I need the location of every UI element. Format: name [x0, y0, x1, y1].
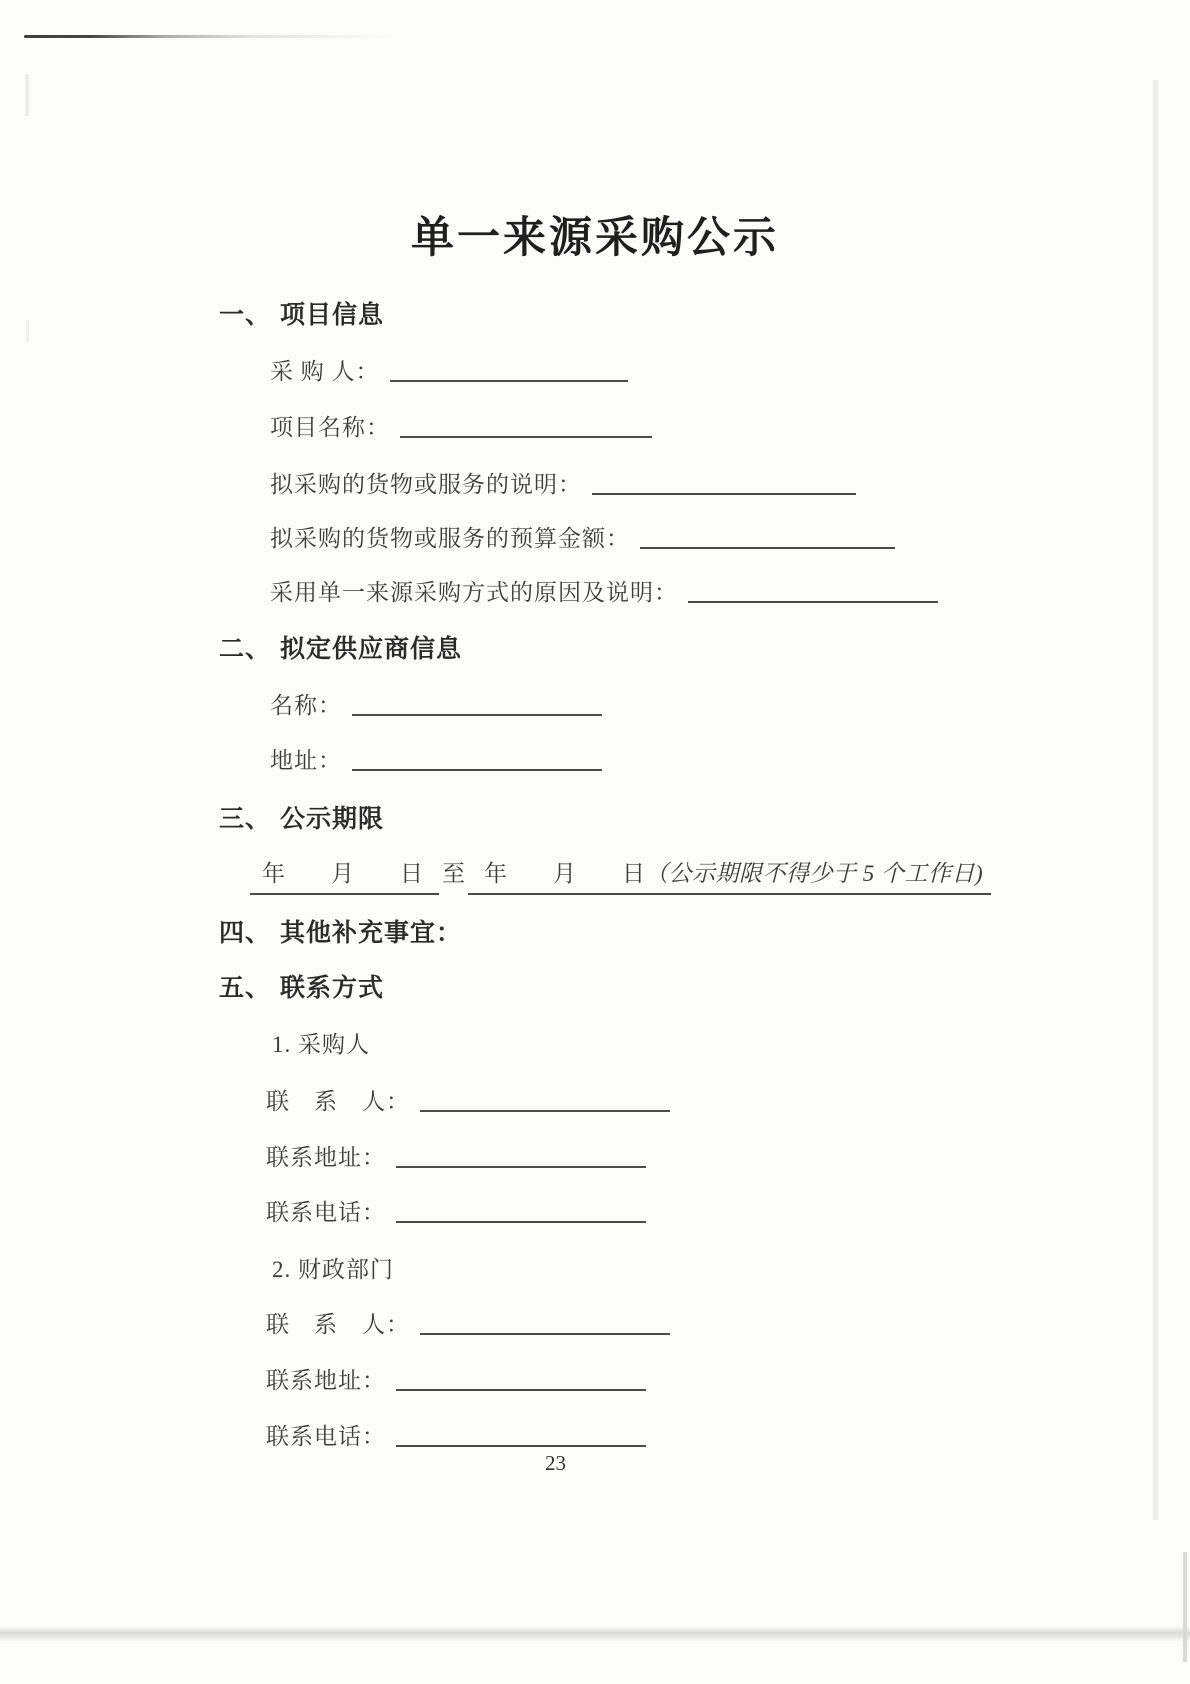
- section-number: 一、: [219, 301, 271, 329]
- field-label: 地址：: [270, 748, 342, 773]
- period-conjunction: 至: [442, 860, 465, 893]
- field-supplier-name: 名称：: [270, 691, 602, 721]
- field-contact-phone-1: 联系电话：: [266, 1198, 646, 1228]
- scan-artifact-left-smudge: [26, 320, 29, 342]
- field-label: 联系地址：: [266, 1368, 386, 1393]
- field-contact-person-1: 联 系 人：: [266, 1087, 670, 1117]
- contact-group-2-title: 2. 财政部门: [272, 1256, 394, 1285]
- field-label: 联系地址：: [266, 1145, 386, 1170]
- scan-artifact-top-line: [24, 35, 394, 38]
- page-edge-corner-shadow: [1183, 1552, 1187, 1662]
- blank-line: [396, 1146, 646, 1168]
- field-project-name: 项目名称：: [270, 413, 652, 443]
- field-contact-address-1: 联系地址：: [266, 1143, 646, 1173]
- field-label: 联系电话：: [266, 1200, 386, 1225]
- contact-group-1-title: 1. 采购人: [272, 1031, 370, 1060]
- field-single-source-reason: 采用单一来源采购方式的原因及说明：: [270, 578, 938, 608]
- section-title: 公示期限: [280, 805, 384, 833]
- field-label: 采用单一来源采购方式的原因及说明：: [270, 580, 678, 605]
- blank-line: [396, 1201, 646, 1223]
- document-title: 单一来源采购公示: [0, 212, 1190, 266]
- blank-line: [396, 1369, 646, 1391]
- period-end-blank: 年 月 日（公示期限不得少于 5 个工作日): [468, 860, 991, 895]
- section-heading-1: 一、项目信息: [219, 300, 384, 331]
- section-number: 二、: [219, 635, 271, 663]
- field-contact-person-2: 联 系 人：: [266, 1310, 670, 1340]
- blank-line: [420, 1090, 670, 1112]
- field-label: 采 购 人：: [270, 359, 380, 384]
- field-supplier-address: 地址：: [270, 746, 602, 776]
- field-label: 联 系 人：: [266, 1089, 410, 1114]
- section-title: 拟定供应商信息: [280, 635, 462, 663]
- field-contact-address-2: 联系地址：: [266, 1366, 646, 1396]
- section-heading-5: 五、联系方式: [219, 973, 384, 1004]
- section-title: 联系方式: [280, 974, 384, 1002]
- period-start-blank: 年 月 日: [250, 860, 439, 895]
- blank-line: [396, 1425, 646, 1447]
- page-number: 23: [545, 1450, 566, 1476]
- blank-line: [640, 527, 895, 549]
- field-contact-phone-2: 联系电话：: [266, 1422, 646, 1452]
- blank-line: [400, 416, 652, 438]
- field-label: 项目名称：: [270, 415, 390, 440]
- section-number: 三、: [219, 805, 271, 833]
- blank-line: [390, 360, 628, 382]
- field-goods-description: 拟采购的货物或服务的说明：: [270, 470, 856, 500]
- section-number: 五、: [219, 974, 271, 1002]
- field-label: 拟采购的货物或服务的说明：: [270, 472, 582, 497]
- page-edge-bottom-shadow: [0, 1626, 1190, 1641]
- section-title: 项目信息: [280, 301, 384, 329]
- field-label: 联 系 人：: [266, 1312, 410, 1337]
- blank-line: [352, 694, 602, 716]
- publicity-period-line: 年 月 日至年 月 日（公示期限不得少于 5 个工作日): [250, 860, 991, 895]
- blank-line: [592, 473, 856, 495]
- blank-line: [688, 581, 938, 603]
- section-heading-3: 三、公示期限: [219, 804, 384, 835]
- section-heading-2: 二、拟定供应商信息: [219, 634, 462, 665]
- scan-artifact-left-smudge: [25, 74, 29, 116]
- section-heading-4: 四、其他补充事宜：: [219, 918, 462, 949]
- field-purchaser: 采 购 人：: [270, 357, 628, 387]
- section-title: 其他补充事宜：: [280, 919, 462, 947]
- scanned-document-page: 单一来源采购公示 一、项目信息 采 购 人： 项目名称： 拟采购的货物或服务的说…: [0, 0, 1190, 1684]
- blank-line: [352, 749, 602, 771]
- field-label: 名称：: [270, 693, 342, 718]
- blank-line: [420, 1313, 670, 1335]
- period-note: （公示期限不得少于 5 个工作日): [645, 861, 983, 886]
- section-number: 四、: [219, 919, 271, 947]
- field-label: 拟采购的货物或服务的预算金额：: [270, 526, 630, 551]
- field-label: 联系电话：: [266, 1424, 386, 1449]
- field-budget-amount: 拟采购的货物或服务的预算金额：: [270, 524, 895, 554]
- page-edge-right-shadow: [1153, 80, 1158, 1520]
